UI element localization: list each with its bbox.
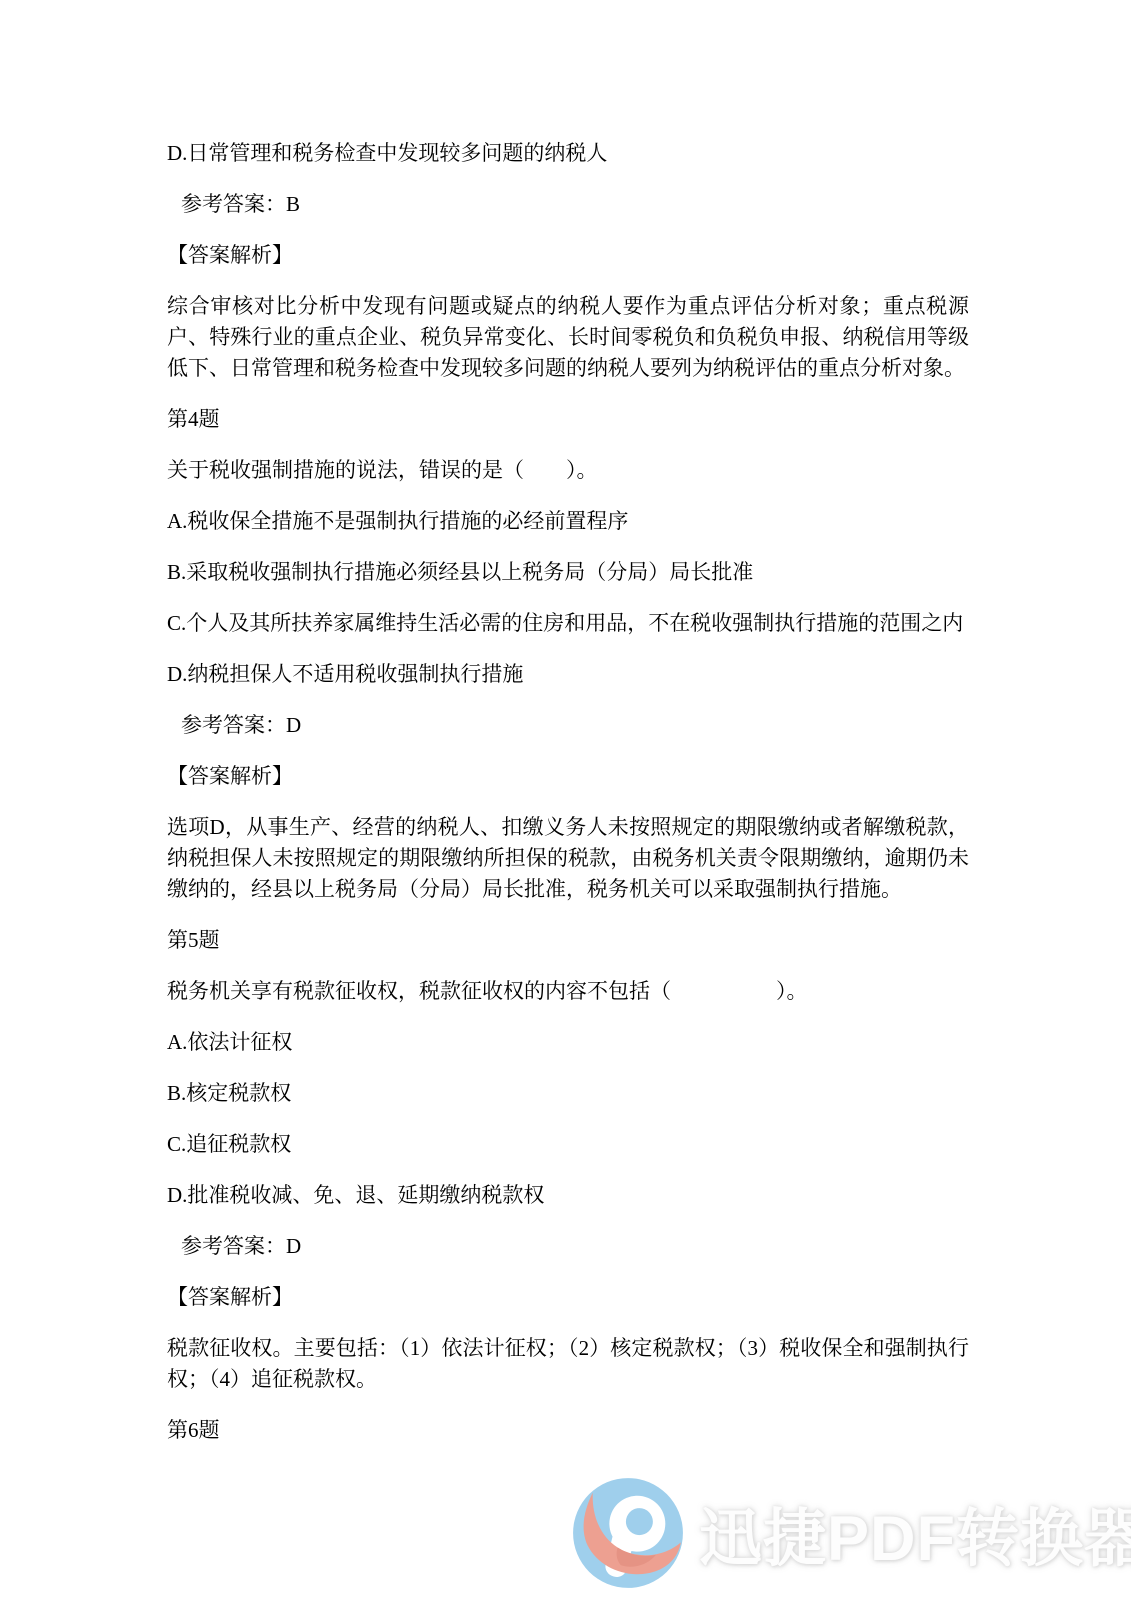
question-4-analysis-title: 【答案解析】 (167, 761, 969, 792)
carryover-analysis-text: 综合审核对比分析中发现有问题或疑点的纳税人要作为重点评估分析对象；重点税源户、特… (167, 291, 969, 384)
question-5-reference-answer: 参考答案：D (167, 1231, 969, 1262)
pdf-converter-logo-icon (571, 1476, 685, 1590)
question-4-reference-answer: 参考答案：D (167, 710, 969, 741)
question-5-option-a: A.依法计征权 (167, 1027, 969, 1058)
question-4-option-c: C.个人及其所扶养家属维持生活必需的住房和用品，不在税收强制执行措施的范围之内 (167, 608, 969, 639)
question-5-analysis-text: 税款征收权。主要包括：（1）依法计征权；（2）核定税款权；（3）税收保全和强制执… (167, 1333, 969, 1395)
carryover-option-d: D.日常管理和税务检查中发现较多问题的纳税人 (167, 138, 969, 169)
document-page: D.日常管理和税务检查中发现较多问题的纳税人 参考答案：B 【答案解析】 综合审… (0, 0, 1131, 1600)
question-5-option-b: B.核定税款权 (167, 1078, 969, 1109)
question-4-stem: 关于税收强制措施的说法，错误的是（ ）。 (167, 455, 969, 486)
question-5-option-c: C.追征税款权 (167, 1129, 969, 1160)
question-6-number: 第6题 (167, 1415, 969, 1446)
question-5-stem: 税务机关享有税款征收权，税款征收权的内容不包括（ ）。 (167, 976, 969, 1007)
question-4-analysis-text: 选项D，从事生产、经营的纳税人、扣缴义务人未按照规定的期限缴纳或者解缴税款，纳税… (167, 812, 969, 905)
question-5-number: 第5题 (167, 925, 969, 956)
exam-content: D.日常管理和税务检查中发现较多问题的纳税人 参考答案：B 【答案解析】 综合审… (167, 138, 969, 1466)
question-4-option-a: A.税收保全措施不是强制执行措施的必经前置程序 (167, 506, 969, 537)
carryover-reference-answer: 参考答案：B (167, 189, 969, 220)
question-4-option-b: B.采取税收强制执行措施必须经县以上税务局（分局）局长批准 (167, 557, 969, 588)
question-5-option-d: D.批准税收减、免、退、延期缴纳税款权 (167, 1180, 969, 1211)
watermark: 迅捷PDF转换器 (571, 1476, 1131, 1590)
question-4-number: 第4题 (167, 404, 969, 435)
question-4-option-d: D.纳税担保人不适用税收强制执行措施 (167, 659, 969, 690)
carryover-analysis-title: 【答案解析】 (167, 240, 969, 271)
watermark-text: 迅捷PDF转换器 (699, 1488, 1131, 1579)
question-5-analysis-title: 【答案解析】 (167, 1282, 969, 1313)
